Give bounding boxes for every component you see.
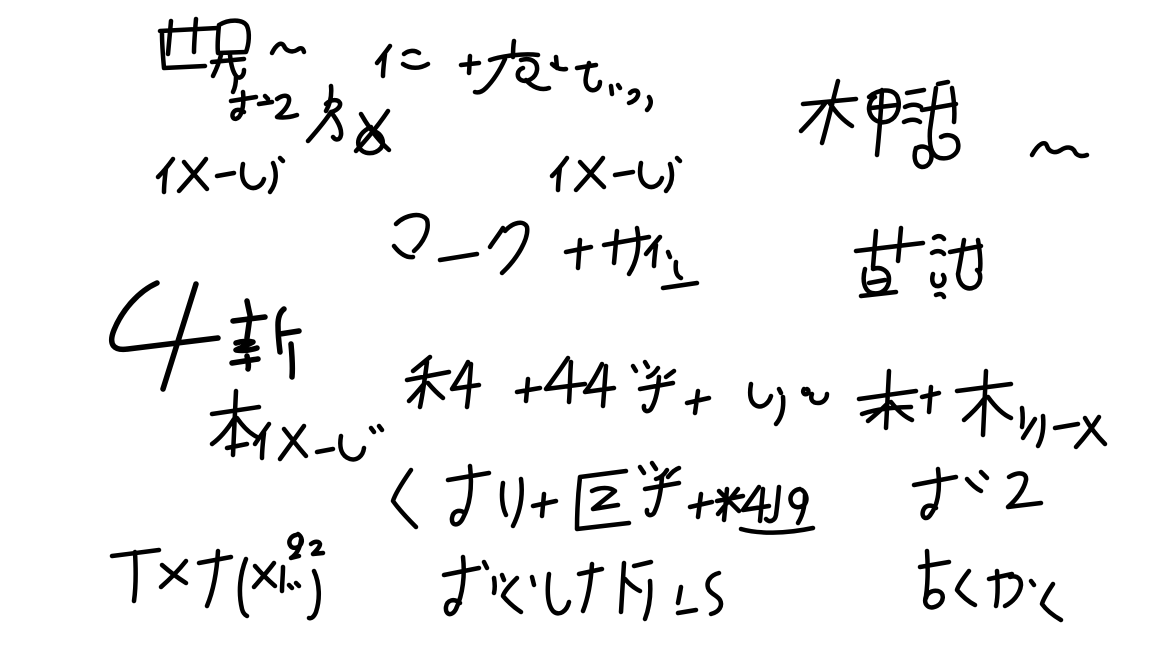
- handwriting-hon-hon-series: [859, 371, 1105, 447]
- handwriting-txt-note: [112, 534, 323, 618]
- handwriting-subete-top: [231, 92, 297, 119]
- handwriting-iko-yoru-mi: [377, 41, 651, 110]
- handwriting-mark-sign: [394, 215, 697, 288]
- drawing-canvas: [0, 0, 1152, 648]
- handwriting-kusuri-igaku-ryori: [393, 463, 813, 533]
- handwriting-yome: [308, 86, 389, 153]
- handwriting-ka-kagaku-recipe: [407, 357, 827, 424]
- handwriting-image-left: [158, 158, 283, 192]
- handwriting-wakuwaku: [920, 551, 1061, 620]
- handwriting-layer: [0, 0, 1152, 648]
- handwriting-hon-image: [212, 391, 382, 459]
- handwriting-sekai-e: [160, 19, 304, 92]
- handwriting-mukashi-banashi: [856, 228, 981, 297]
- handwriting-yon-shin: [112, 283, 299, 389]
- handwriting-shinwa-e: [801, 81, 1087, 167]
- handwriting-subete-right: [914, 469, 1041, 518]
- handwriting-image-middle: [552, 158, 680, 191]
- handwriting-oishii-drills: [444, 557, 721, 619]
